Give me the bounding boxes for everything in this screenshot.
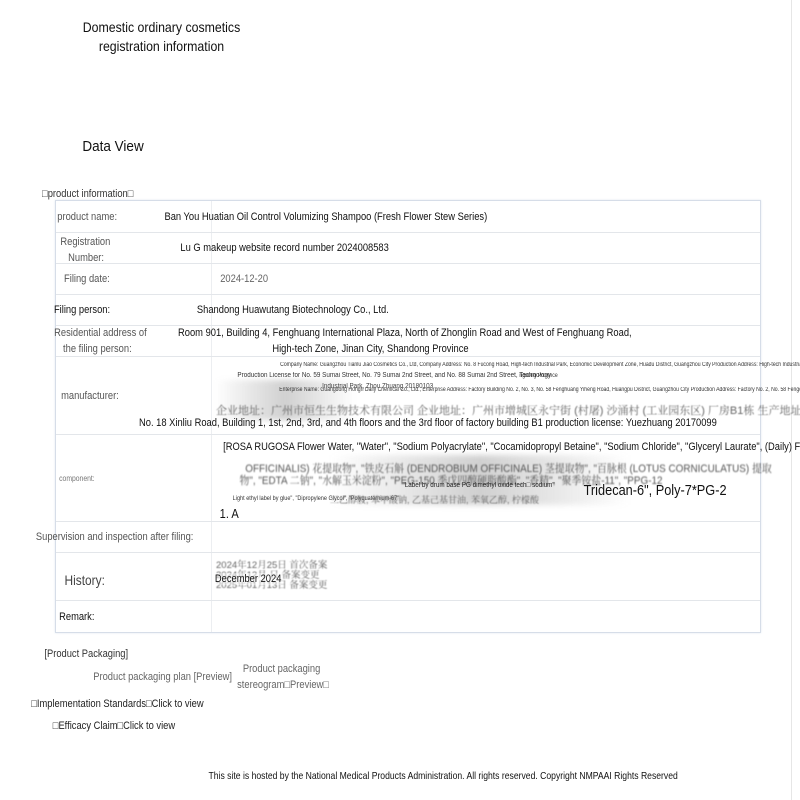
product-name-label: product name: (57, 211, 117, 223)
page-title: Domestic ordinary cosmetics registration… (67, 18, 256, 56)
manufacturer-line2-suffix: ngdong Province (519, 373, 557, 379)
product-information-label: □product information□ (42, 188, 133, 200)
footer-copyright: This site is hosted by the National Medi… (209, 770, 678, 782)
manufacturer-line4-zh: 企业地址：广州市恒生生物技术有限公司 企业地址：广州市增城区永宁街 (村屠) 沙… (216, 402, 800, 418)
data-view-heading: Data View (82, 138, 143, 155)
manufacturer-label: manufacturer: (61, 390, 119, 402)
residential-address-value-line1: Room 901, Building 4, Fenghuang Internat… (178, 327, 632, 339)
packaging-plan-preview-link[interactable]: Product packaging plan [Preview] (93, 671, 232, 683)
row-divider (56, 521, 760, 522)
registration-number-value: Lu G makeup website record number 202400… (180, 242, 388, 254)
history-overlay: December 2024 (215, 573, 282, 585)
page-scrollbar[interactable] (791, 0, 792, 800)
component-line4-small: "Label by drum base PG dimethyl oxide te… (402, 482, 554, 489)
efficacy-claim-link[interactable]: □Efficacy Claim□Click to view (53, 720, 175, 732)
row-divider (56, 600, 760, 601)
filing-person-value: Shandong Huawutang Biotechnology Co., Lt… (197, 304, 389, 316)
residential-address-label-line1: Residential address of (54, 327, 147, 339)
component-line1: [ROSA RUGOSA Flower Water, "Water", "Sod… (223, 441, 800, 453)
row-divider (56, 325, 760, 326)
component-label: component: (59, 474, 95, 483)
filing-date-label: Filing date: (64, 273, 110, 285)
filing-person-label: Filing person: (54, 304, 110, 316)
row-divider (56, 263, 760, 264)
manufacturer-line2: Production License for No. 59 Sumai Stre… (237, 372, 551, 379)
residential-address-label-line2: the filing person: (63, 343, 132, 355)
supervision-label: Supervision and inspection after filing: (36, 531, 193, 543)
product-name-value: Ban You Huatian Oil Control Volumizing S… (164, 211, 487, 223)
implementation-standards-link[interactable]: □Implementation Standards□Click to view (31, 698, 203, 710)
manufacturer-line5: No. 18 Xinliu Road, Building 1, 1st, 2nd… (139, 417, 717, 429)
history-label: History: (65, 572, 105, 588)
row-divider (56, 294, 760, 295)
row-divider (56, 356, 760, 357)
product-packaging-label: [Product Packaging] (44, 648, 128, 660)
component-line4-big: Tridecan-6", Poly-7*PG-2 (584, 482, 727, 499)
component-line5-blur: 三乙醇胺, 苯甲酸钠, 乙基己基甘油, 苯氧乙醇, 柠檬酸 (330, 493, 539, 506)
row-divider (56, 552, 760, 553)
packaging-stereogram-link-line1[interactable]: Product packaging (243, 663, 320, 675)
row-divider (56, 434, 760, 435)
registration-number-label-line2: Number: (68, 252, 104, 264)
registration-number-label-line1: Registration (60, 236, 110, 248)
packaging-stereogram-link-line2[interactable]: stereogram□Preview□ (237, 679, 329, 691)
manufacturer-line1: Company Name: Guangzhou Tianlu Jiao Cosm… (280, 362, 800, 368)
component-line6: 1. A (220, 506, 239, 521)
residential-address-value-line2: High-tech Zone, Jinan City, Shandong Pro… (272, 343, 468, 355)
row-divider (56, 232, 760, 233)
filing-date-value: 2024-12-20 (220, 273, 268, 285)
manufacturer-line3-overlay: Industrial Park, Zhou Zhuang 20180103 (322, 383, 433, 390)
remark-label: Remark: (59, 611, 94, 623)
